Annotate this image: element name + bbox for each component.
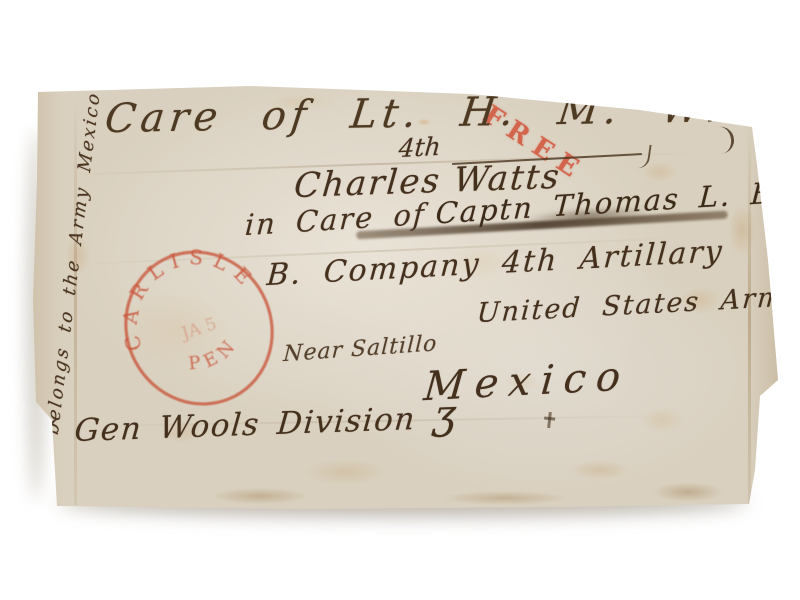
photo-stage: CARLISLE PEN JA 5 FREE Care of Lt. H. M.… xyxy=(0,0,800,600)
regiment-number: 4th xyxy=(397,132,442,163)
postmark-date: JA 5 xyxy=(178,314,220,345)
division-note-close-brace: ʒ xyxy=(431,392,459,439)
carlisle-postmark: CARLISLE PEN JA 5 xyxy=(114,240,284,416)
